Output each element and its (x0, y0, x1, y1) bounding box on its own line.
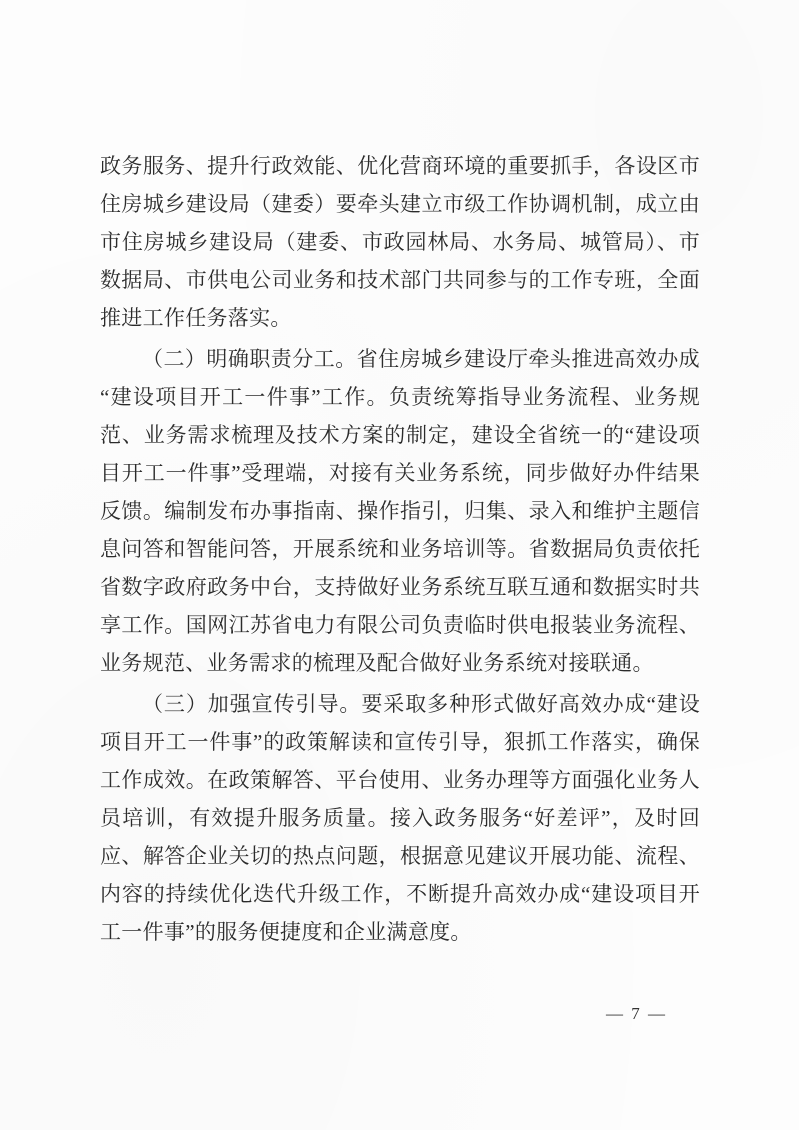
text-line: 目开工一件事”受理端，对接有关业务系统，同步做好办件结果 (100, 454, 700, 492)
text-line: 政务服务、提升行政效能、优化营商环境的重要抓手，各设区市 (100, 147, 700, 185)
text-line: 市住房城乡建设局（建委、市政园林局、水务局、城管局）、市 (100, 223, 700, 261)
text-line: 省数字政府政务中台，支持做好业务系统互联互通和数据实时共 (100, 568, 700, 606)
paragraph: （三）加强宣传引导。要采取多种形式做好高效办成“建设项目开工一件事”的政策解读和… (100, 685, 700, 951)
text-line: 员培训，有效提升服务质量。接入政务服务“好差评”，及时回 (100, 799, 700, 837)
text-line: 数据局、市供电公司业务和技术部门共同参与的工作专班，全面 (100, 261, 700, 299)
paragraph: 政务服务、提升行政效能、优化营商环境的重要抓手，各设区市住房城乡建设局（建委）要… (100, 147, 700, 337)
text-line: 推进工作任务落实。 (100, 299, 700, 337)
text-line: 项目开工一件事”的政策解读和宣传引导，狠抓工作落实，确保 (100, 723, 700, 761)
text-line: 业务规范、业务需求的梳理及配合做好业务系统对接联通。 (100, 644, 700, 682)
text-line: “建设项目开工一件事”工作。负责统筹指导业务流程、业务规 (100, 378, 700, 416)
text-line: （三）加强宣传引导。要采取多种形式做好高效办成“建设 (100, 685, 700, 723)
text-line: 工一件事”的服务便捷度和企业满意度。 (100, 913, 700, 951)
text-line: 范、业务需求梳理及技术方案的制定，建设全省统一的“建设项 (100, 416, 700, 454)
text-line: 内容的持续优化迭代升级工作，不断提升高效办成“建设项目开 (100, 875, 700, 913)
paragraph: （二）明确职责分工。省住房城乡建设厅牵头推进高效办成“建设项目开工一件事”工作。… (100, 340, 700, 682)
page-number: — 7 — (606, 1004, 667, 1024)
text-line: 工作成效。在政策解答、平台使用、业务办理等方面强化业务人 (100, 761, 700, 799)
text-line: 享工作。国网江苏省电力有限公司负责临时供电报装业务流程、 (100, 606, 700, 644)
text-line: 反馈。编制发布办事指南、操作指引，归集、录入和维护主题信 (100, 492, 700, 530)
text-line: （二）明确职责分工。省住房城乡建设厅牵头推进高效办成 (100, 340, 700, 378)
text-line: 息问答和智能问答，开展系统和业务培训等。省数据局负责依托 (100, 530, 700, 568)
text-line: 住房城乡建设局（建委）要牵头建立市级工作协调机制，成立由 (100, 185, 700, 223)
text-line: 应、解答企业关切的热点问题，根据意见建议开展功能、流程、 (100, 837, 700, 875)
document-body-text: 政务服务、提升行政效能、优化营商环境的重要抓手，各设区市住房城乡建设局（建委）要… (100, 147, 700, 951)
